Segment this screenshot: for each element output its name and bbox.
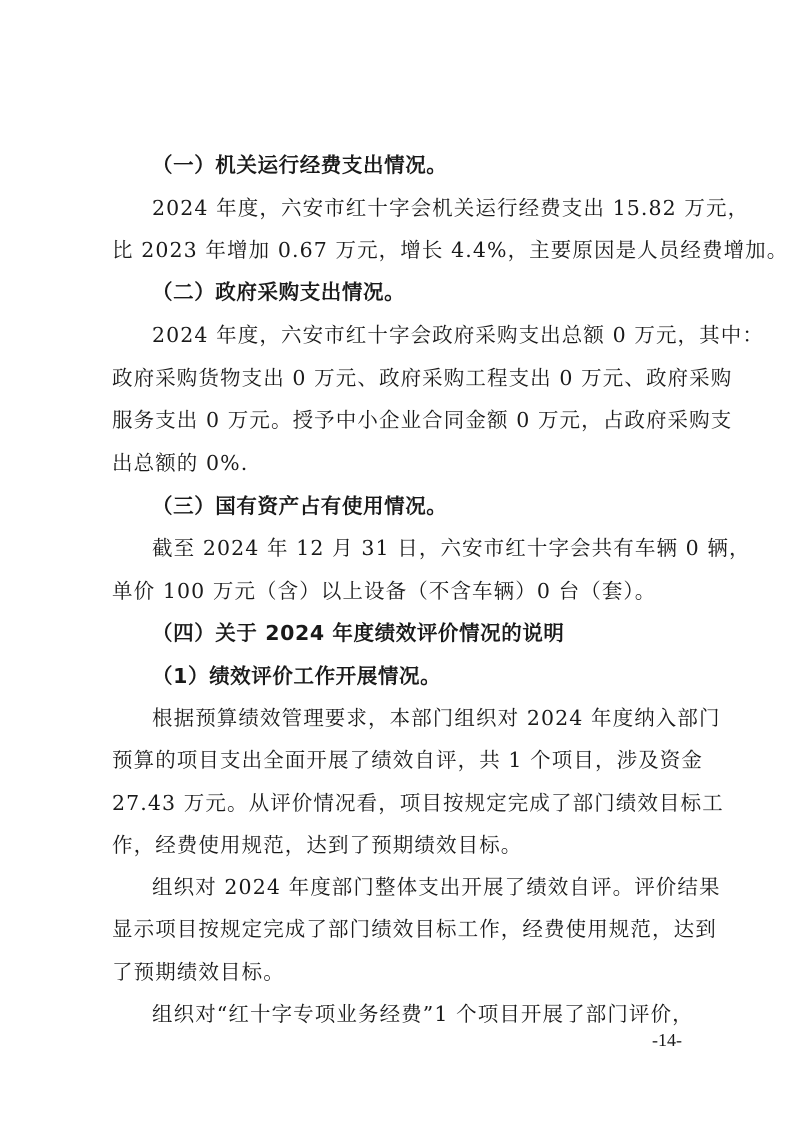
page-number: -14- [652, 1030, 682, 1051]
paragraph-line: 预算的项目支出全面开展了绩效自评，共 1 个项目，涉及资金 [112, 746, 692, 774]
paragraph-line: 服务支出 0 万元。授予中小企业合同金额 0 万元，占政府采购支 [112, 406, 692, 434]
heading-section-3: （三）国有资产占有使用情况。 [152, 492, 732, 520]
heading-section-4: （四）关于 2024 年度绩效评价情况的说明 [152, 619, 732, 647]
paragraph-line: 2024 年度，六安市红十字会机关运行经费支出 15.82 万元， [152, 194, 732, 222]
paragraph-line: 组织对“红十字专项业务经费”1 个项目开展了部门评价， [152, 1000, 732, 1028]
subheading-1: （1）绩效评价工作开展情况。 [152, 662, 732, 690]
paragraph-line: 截至 2024 年 12 月 31 日，六安市红十字会共有车辆 0 辆， [152, 534, 732, 562]
paragraph-line: 了预期绩效目标。 [112, 958, 692, 986]
heading-section-2: （二）政府采购支出情况。 [152, 278, 732, 306]
paragraph-line: 27.43 万元。从评价情况看，项目按规定完成了部门绩效目标工 [112, 789, 692, 817]
paragraph-line: 比 2023 年增加 0.67 万元，增长 4.4%，主要原因是人员经费增加。 [112, 236, 692, 264]
paragraph-line: 组织对 2024 年度部门整体支出开展了绩效自评。评价结果 [152, 873, 732, 901]
paragraph-line: 2024 年度，六安市红十字会政府采购支出总额 0 万元，其中： [152, 321, 732, 349]
paragraph-line: 根据预算绩效管理要求，本部门组织对 2024 年度纳入部门 [152, 704, 732, 732]
paragraph-line: 政府采购货物支出 0 万元、政府采购工程支出 0 万元、政府采购 [112, 364, 692, 392]
paragraph-line: 显示项目按规定完成了部门绩效目标工作，经费使用规范，达到 [112, 915, 692, 943]
heading-section-1: （一）机关运行经费支出情况。 [152, 151, 732, 179]
paragraph-line: 出总额的 0%. [112, 449, 692, 477]
paragraph-line: 单价 100 万元（含）以上设备（不含车辆）0 台（套）。 [112, 577, 692, 605]
paragraph-line: 作，经费使用规范，达到了预期绩效目标。 [112, 831, 692, 859]
